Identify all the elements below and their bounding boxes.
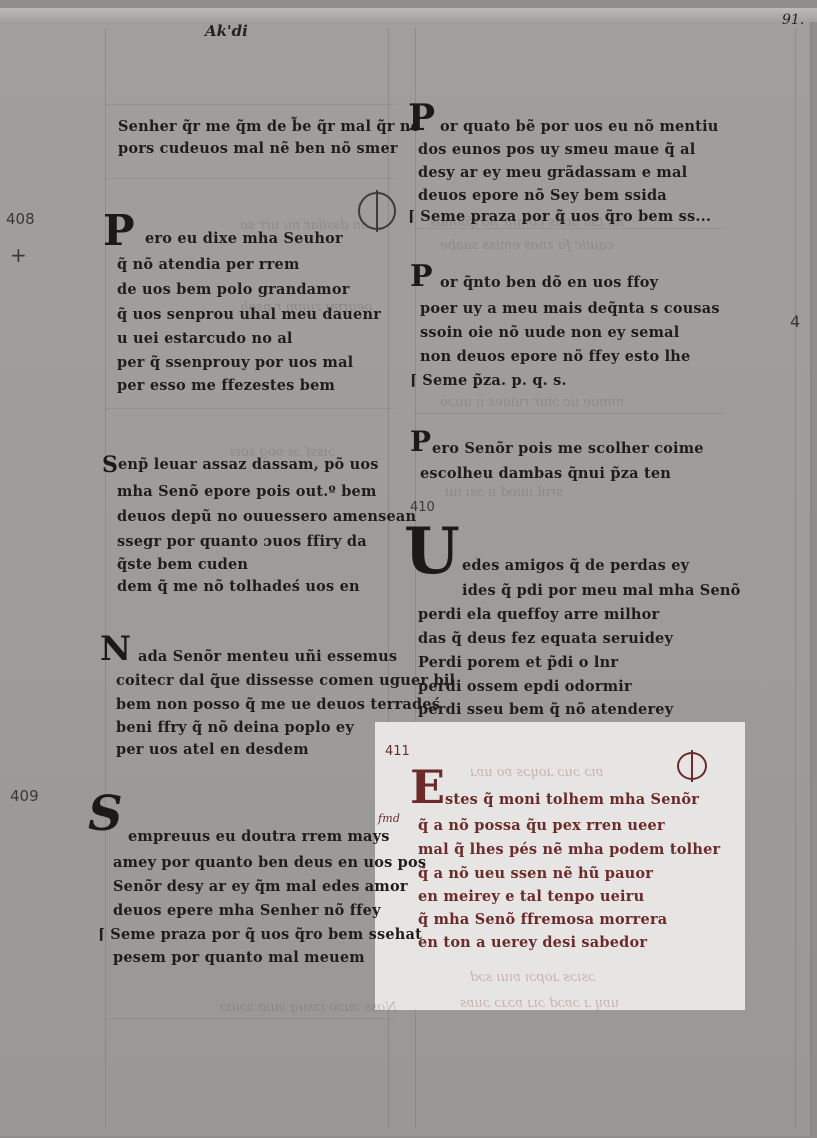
verse-line: ⌈ Seme praza por q̃ uos q̃ro bem ss...	[408, 208, 711, 225]
verse-line: coitecr dal q̃ue dissesse comen uguer bi…	[116, 672, 455, 689]
decorated-initial: S	[88, 790, 123, 838]
show-through-text: ɔsıɔs ɹopɔı ɐıuı sɔd	[470, 970, 595, 985]
ruling-line	[105, 28, 106, 1128]
verse-line: ssegr por quanto ɔuos ffiry da	[117, 533, 367, 550]
verse-line: en ton a uerey desi sabedor	[418, 934, 647, 951]
verse-line: amey por quanto ben deus en uos pos	[113, 854, 426, 871]
verse-line: escolheu dambas q̃nui p̃za ten	[420, 465, 671, 482]
verse-line: q̃ nõ atendia per rrem	[117, 256, 300, 273]
running-title: Ak'di	[205, 22, 248, 40]
verse-line: q̃ a nõ possa q̃u pex rren ueer	[418, 817, 665, 834]
verse-line: edes amigos q̃ de perdas ey	[462, 557, 689, 574]
verse-line: q̃ a nõ ueu ssen nẽ hũ pauor	[418, 865, 653, 882]
ruling-line	[105, 104, 395, 105]
verse-line: ⌈ Seme praza por q̃ uos q̃ro bem ssehat	[98, 926, 422, 943]
verse-line: poer uy a meu mais deq̃nta s cousas	[420, 300, 720, 317]
show-through-text: cauiic fa znos emiss saabe	[440, 238, 614, 253]
verse-line: dem q̃ me nõ tolhadeś uos en	[117, 578, 360, 595]
verse-line: per esso me ffezestes bem	[117, 377, 335, 394]
show-through-text: ɐıɔ ɔuɔ ɹoɥɔs ɐo uɐɹ	[470, 765, 604, 780]
poem-number-409: 409	[10, 787, 39, 805]
ruling-line	[795, 28, 796, 1128]
verse-line: deuos epere mha Senher nõ ffey	[113, 902, 381, 919]
verse-line: ero eu dixe mha Seuhor	[145, 230, 343, 247]
page-top-edge	[0, 8, 817, 22]
circle-cross-mark-icon	[358, 192, 396, 230]
show-through-text: srııl ııııod ıı ɔsı ıuı	[445, 485, 563, 500]
verse-line: per q̃ ssenprouy por uos mal	[117, 354, 353, 371]
margin-mark: 4	[790, 312, 800, 331]
ruling-line	[415, 413, 725, 414]
verse-line: perdi sseu bem q̃ nõ atenderey	[418, 701, 673, 718]
decorated-initial: P	[408, 100, 435, 136]
cross-mark: +	[10, 243, 27, 267]
decorated-initial: P	[103, 210, 135, 252]
decorated-initial: S	[102, 454, 118, 476]
verse-line: ⌈ Seme p̃za. p. q. s.	[410, 372, 567, 389]
verse-line: ada Senõr menteu uñi essemus	[138, 648, 397, 665]
decorated-initial: P	[410, 262, 433, 292]
verse-line: Senher q̃r me q̃m de b̃e q̃r mal q̃r nõ	[118, 118, 420, 135]
decorated-initial: N	[100, 632, 131, 666]
poem-number-408: 408	[6, 210, 35, 228]
verse-line: ides q̃ pdi por meu mal mha Senõ	[462, 582, 741, 599]
verse-line: q̃ mha Senõ ffremosa morrera	[418, 911, 667, 928]
circle-cross-mark-icon	[677, 752, 707, 780]
verse-line: q̃ste bem cuden	[117, 556, 248, 573]
ruling-line	[105, 1018, 395, 1019]
verse-line: or q̃nto ben dõ en uos ffoy	[440, 274, 658, 291]
verse-line: stes q̃ moni tolhem mha Senõr	[445, 791, 699, 808]
verse-line: mal q̃ lhes pés nẽ mha podem tolher	[418, 841, 720, 858]
verse-line: deuos depũ no ouuessero amensean	[117, 508, 416, 525]
verse-line: empreuus eu doutra rrem mays	[128, 828, 390, 845]
verse-line: or quato bẽ por uos eu nõ mentiu	[440, 118, 719, 135]
show-through-text: uɐɥ ɹ ɔɐɔd ɔıɹ ɐɔɹɔ ɔuɐs	[460, 996, 619, 1011]
verse-line: en meirey e tal tenpo ueiru	[418, 888, 644, 905]
verse-line: enp̃ leuar assaz dassam, põ uos	[118, 456, 379, 473]
poem-number-411: 411	[385, 744, 410, 759]
show-through-text: mmue uc ɔiur ruiaes ıı uuɔo	[440, 395, 624, 410]
verse-line: ero Senõr pois me scolher coime	[432, 440, 704, 457]
verse-line: u uei estarcudo no al	[117, 330, 293, 347]
verse-line: Senõr desy ar ey q̃m mal edes amor	[113, 878, 408, 895]
verse-line: pors cudeuos mal nẽ ben nõ smer	[118, 140, 398, 157]
show-through-text: Noss ɔuɔo ıɔsuq ɔuıo ɔɔuıɔ	[220, 1000, 397, 1015]
verse-line: desy ar ey meu grãdassam e mal	[418, 164, 687, 181]
verse-line: beni ffry q̃ nõ deina poplo ey	[116, 719, 354, 736]
verse-line: perdi ela queffoy arre milhor	[418, 606, 659, 623]
verse-line: mha Senõ epore pois out.º bem	[117, 483, 377, 500]
verse-line: dos eunos pos uy smeu maue q̃ al	[418, 141, 695, 158]
folio-number: 91.	[782, 12, 804, 28]
verse-line: non deuos epore nõ ffey esto lhe	[420, 348, 690, 365]
verse-line: de uos bem polo grandamor	[117, 281, 350, 298]
verse-line: das q̃ deus fez equata seruidey	[418, 630, 673, 647]
verse-line: bem non posso q̃ me ue deuos terradeś	[116, 696, 440, 713]
ruling-line	[105, 178, 395, 179]
decorated-initial: E	[410, 764, 445, 810]
verse-line: pesem por quanto mal meuem	[113, 949, 365, 966]
verse-line: per uos atel en desdem	[116, 741, 309, 758]
verse-line: q̃ uos senprou uhal meu dauenr	[117, 306, 381, 323]
decorated-initial: P	[410, 428, 431, 456]
ruling-line	[105, 408, 395, 409]
verse-line: deuos epore nõ Sey bem ssida	[418, 187, 667, 204]
rubric-note: fmd	[378, 812, 400, 825]
decorated-initial: U	[404, 520, 460, 584]
verse-line: ssoin oie nõ uude non ey semal	[420, 324, 679, 341]
verse-line: Perdi porem et p̃di o lnr	[418, 654, 618, 671]
verse-line: perdi ossem epdi odormir	[418, 678, 632, 695]
